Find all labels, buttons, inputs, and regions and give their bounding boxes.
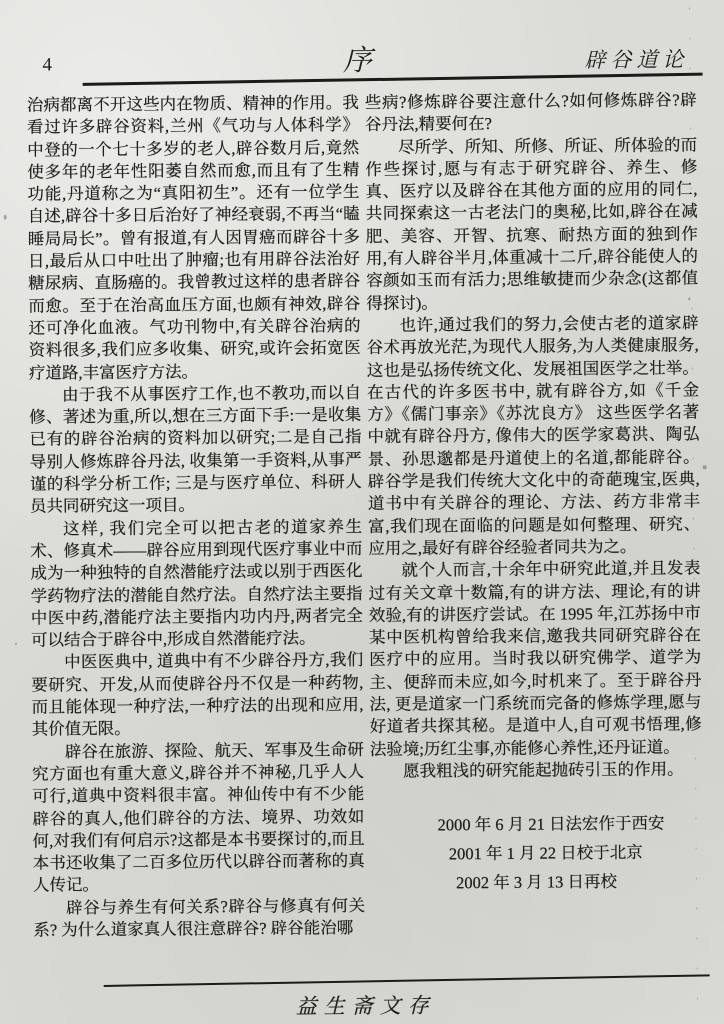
paragraph: 就个人而言,十余年中研究此道,并且发表过有关文章十数篇,有的讲方法、理论,有的讲… bbox=[368, 558, 702, 761]
paragraph: 中医医典中, 道典中有不少辟谷丹方,我们要研究、开发,从而使辟谷丹不仅是一种药物… bbox=[31, 649, 364, 741]
paragraph: 愿我粗浅的研究能起抛砖引玉的作用。 bbox=[370, 758, 702, 783]
colophon-line: 2002 年 3 月 13 日再校 bbox=[371, 867, 703, 899]
paragraph: 这样, 我们完全可以把古老的道家养生术、修真术——辟谷应用到现代医疗事业中而成为… bbox=[30, 516, 363, 652]
paragraph: 也许,通过我们的努力,会使古老的道家辟谷术再放光茫,为现代人服务,为人类健康服务… bbox=[366, 312, 700, 560]
paragraph: 尽所学、所知、所修、所证、所体验的而作些探讨,愿与有志于研究辟谷、养生、修真、医… bbox=[365, 134, 698, 315]
paragraph: 辟谷在旅游、探险、航天、军事及生命研究方面也有重大意义,辟谷并不神秘,几乎人人可… bbox=[32, 739, 365, 898]
scanned-page: 4 序 辟谷道论 治病都离不开这些内在物质、精神的作用。我看过许多辟谷资料,兰州… bbox=[0, 0, 724, 1024]
paragraph: 由于我不从事医疗工作,也不教功,而以自修、著述为重,所以,想在三方面下手:一是收… bbox=[29, 382, 362, 518]
collection-title: 益生斋文存 bbox=[4, 987, 724, 1023]
scan-speck bbox=[703, 465, 707, 469]
paragraph: 些病?修炼辟谷要注意什么?如何修炼辟谷?辟谷丹法,精要何在? bbox=[365, 89, 697, 136]
scan-speck bbox=[15, 643, 17, 645]
colophon-line: 2001 年 1 月 22 日校于北京 bbox=[371, 838, 703, 870]
scan-speck bbox=[4, 215, 7, 220]
colophon: 2000 年 6 月 21 日法宏作于西安 2001 年 1 月 22 日校于北… bbox=[370, 809, 703, 899]
colophon-line: 2000 年 6 月 21 日法宏作于西安 bbox=[370, 809, 702, 841]
footer-rule bbox=[104, 974, 710, 987]
scan-speck bbox=[688, 297, 690, 300]
paragraph: 辟谷与养生有何关系?辟谷与修真有何关系? 为什么道家真人很注意辟谷? 辟谷能治哪 bbox=[33, 895, 365, 942]
right-column: 些病?修炼辟谷要注意什么?如何修炼辟谷?辟谷丹法,精要何在? 尽所学、所知、所修… bbox=[365, 89, 703, 898]
book-title: 辟谷道论 bbox=[584, 43, 688, 74]
left-column: 治病都离不开这些内在物质、精神的作用。我看过许多辟谷资料,兰州《气功与人体科学》… bbox=[27, 92, 366, 942]
paragraph: 治病都离不开这些内在物质、精神的作用。我看过许多辟谷资料,兰州《气功与人体科学》… bbox=[27, 92, 361, 384]
